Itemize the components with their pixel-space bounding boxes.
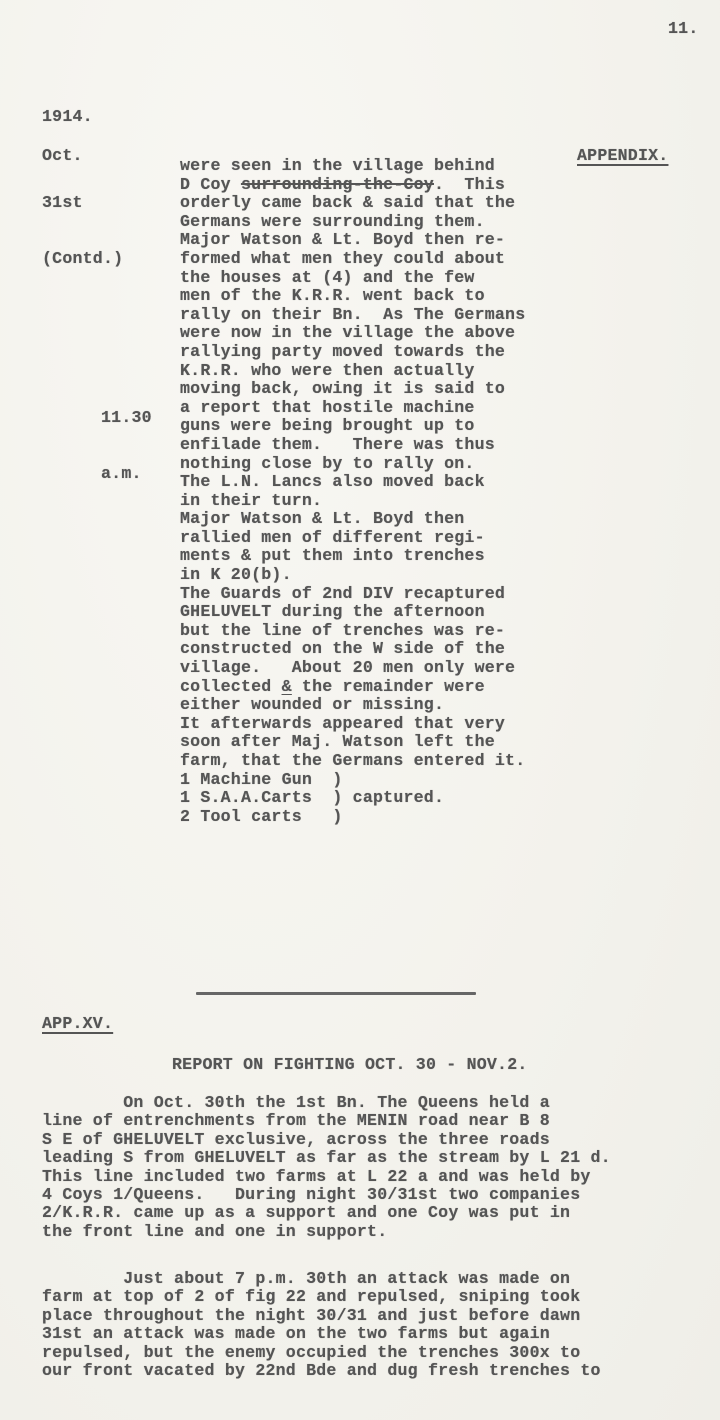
page-number: 11. [668, 20, 698, 39]
diary-line: Major Watson & Lt. Boyd then re- [180, 231, 525, 250]
diary-line: D Coy surrounding-the-Coy. This [180, 176, 525, 195]
diary-line: GHELUVELT during the afternoon [180, 603, 525, 622]
diary-line: moving back, owing it is said to [180, 380, 525, 399]
diary-line: nothing close by to rally on. [180, 455, 525, 474]
paragraph-line: farm at top of 2 of fig 22 and repulsed,… [42, 1288, 601, 1306]
date-line: (Contd.) [42, 250, 123, 269]
diary-date-column: 31st (Contd.) [42, 157, 123, 306]
paragraph-line: repulsed, but the enemy occupied the tre… [42, 1344, 601, 1362]
paragraph-line: leading S from GHELUVELT as far as the s… [42, 1149, 611, 1167]
paragraph-line: This line included two farms at L 22 a a… [42, 1168, 611, 1186]
diary-line: Germans were surrounding them. [180, 213, 525, 232]
diary-line: village. About 20 men only were [180, 659, 525, 678]
diary-line: orderly came back & said that the [180, 194, 525, 213]
diary-line: in their turn. [180, 492, 525, 511]
date-line: 31st [42, 194, 123, 213]
report-paragraph-1: On Oct. 30th the 1st Bn. The Queens held… [42, 1094, 611, 1241]
time-line: a.m. [101, 465, 152, 484]
diary-line: The Guards of 2nd DIV recaptured [180, 585, 525, 604]
diary-line: men of the K.R.R. went back to [180, 287, 525, 306]
diary-line: the houses at (4) and the few [180, 269, 525, 288]
paragraph-line: place throughout the night 30/31 and jus… [42, 1307, 601, 1325]
diary-line: K.R.R. who were then actually [180, 362, 525, 381]
diary-line: rallying party moved towards the [180, 343, 525, 362]
paragraph-line: 4 Coys 1/Queens. During night 30/31st tw… [42, 1186, 611, 1204]
diary-line: either wounded or missing. [180, 696, 525, 715]
section-title: APPENDIX. [577, 147, 668, 166]
diary-entry-text: were seen in the village behindD Coy sur… [180, 157, 525, 826]
diary-time-column: 11.30 a.m. [101, 372, 152, 521]
year-heading: 1914. [42, 108, 93, 127]
diary-line: soon after Maj. Watson left the [180, 733, 525, 752]
diary-line: It afterwards appeared that very [180, 715, 525, 734]
diary-line: 1 Machine Gun ) [180, 771, 525, 790]
paragraph-line: our front vacated by 22nd Bde and dug fr… [42, 1362, 601, 1380]
struck-text: surrounding-the-Coy [241, 175, 434, 194]
paragraph-line: 2/K.R.R. came up as a support and one Co… [42, 1204, 611, 1222]
diary-line: constructed on the W side of the [180, 640, 525, 659]
appendix-xv-label: APP.XV. [42, 1015, 113, 1034]
diary-line: farm, that the Germans entered it. [180, 752, 525, 771]
diary-line: ments & put them into trenches [180, 547, 525, 566]
diary-line: but the line of trenches was re- [180, 622, 525, 641]
report-title: REPORT ON FIGHTING OCT. 30 - NOV.2. [172, 1056, 528, 1075]
paragraph-line: the front line and one in support. [42, 1223, 611, 1241]
diary-line: enfilade them. There was thus [180, 436, 525, 455]
paragraph-line: S E of GHELUVELT exclusive, across the t… [42, 1131, 611, 1149]
report-paragraph-2: Just about 7 p.m. 30th an attack was mad… [42, 1270, 601, 1380]
diary-line: Major Watson & Lt. Boyd then [180, 510, 525, 529]
diary-line: 1 S.A.A.Carts ) captured. [180, 789, 525, 808]
time-line: 11.30 [101, 409, 152, 428]
diary-line: were now in the village the above [180, 324, 525, 343]
diary-line: rally on their Bn. As The Germans [180, 306, 525, 325]
diary-line: in K 20(b). [180, 566, 525, 585]
underlined-text: & [282, 677, 292, 696]
diary-line: The L.N. Lancs also moved back [180, 473, 525, 492]
diary-line: collected & the remainder were [180, 678, 525, 697]
paragraph-line: Just about 7 p.m. 30th an attack was mad… [42, 1270, 601, 1288]
paragraph-line: 31st an attack was made on the two farms… [42, 1325, 601, 1343]
diary-line: rallied men of different regi- [180, 529, 525, 548]
document-page: 11. 1914. Oct. APPENDIX. 31st (Contd.) 1… [0, 0, 720, 1420]
diary-line: guns were being brought up to [180, 417, 525, 436]
diary-line: 2 Tool carts ) [180, 808, 525, 827]
section-divider [196, 992, 476, 995]
diary-line: were seen in the village behind [180, 157, 525, 176]
diary-line: formed what men they could about [180, 250, 525, 269]
paragraph-line: line of entrenchments from the MENIN roa… [42, 1112, 611, 1130]
diary-line: a report that hostile machine [180, 399, 525, 418]
paragraph-line: On Oct. 30th the 1st Bn. The Queens held… [42, 1094, 611, 1112]
